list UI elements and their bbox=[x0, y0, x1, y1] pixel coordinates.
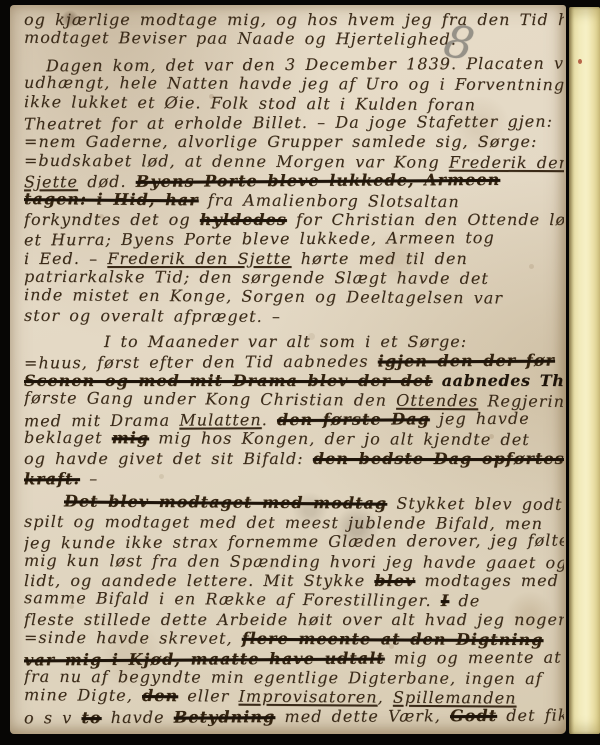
handwriting-text: første Gang under Kong Christian den bbox=[24, 389, 396, 411]
next-page-edge bbox=[569, 7, 600, 734]
manuscript-line: =sinde havde skrevet, flere meente at de… bbox=[24, 628, 564, 650]
strike-text: mig bbox=[112, 428, 149, 447]
handwriting-text: fleste stillede dette Arbeide høit over … bbox=[24, 610, 564, 629]
manuscript-line: et Hurra; Byens Porte bleve lukkede, Arm… bbox=[24, 228, 564, 250]
handwriting-text: jeg kunde ikke strax fornemme Glæden der… bbox=[24, 531, 564, 553]
handwriting-text: eller bbox=[178, 686, 238, 705]
handwriting-text: mine Digte, bbox=[24, 685, 142, 705]
handwriting-text: =sinde havde skrevet, bbox=[24, 628, 242, 648]
handwriting-text: havde bbox=[102, 707, 174, 726]
handwriting-text: Stykket blev godt bbox=[387, 494, 562, 514]
underline-text: Improvisatoren bbox=[238, 687, 377, 707]
handwriting-text bbox=[433, 371, 442, 390]
handwriting-text: Dagen kom, det var den 3 December 1839. … bbox=[46, 53, 564, 75]
insert-text: aabnedes Theat bbox=[442, 371, 564, 390]
handwriting-text: . bbox=[262, 410, 277, 429]
manuscript-line: var mig i Kjød, maatte have udtalt mig o… bbox=[24, 647, 564, 669]
manuscript-line: beklaget mig mig hos Kongen, der jo alt … bbox=[24, 428, 564, 450]
handwriting-text: det fik bbox=[497, 705, 564, 724]
handwriting-text: med dette Værk, bbox=[275, 706, 450, 726]
handwriting-text: I to Maaneder var alt som i et Sørge: bbox=[104, 332, 467, 351]
handwriting-text: stor og overalt afpræget. – bbox=[24, 306, 281, 326]
manuscript-line: fleste stillede dette Arbeide høit over … bbox=[24, 610, 564, 629]
strike-text: tagen: i Hid, har bbox=[24, 189, 199, 209]
handwriting-text: og havde givet det sit Bifald: bbox=[24, 449, 313, 468]
manuscript-lines: og kjærlige modtage mig, og hos hvem jeg… bbox=[24, 10, 564, 732]
handwriting-text: mig kun løst fra den Spænding hvori jeg … bbox=[24, 550, 564, 571]
handwriting-text: hørte med til den bbox=[292, 249, 468, 268]
strike-text: igjen den der før bbox=[378, 350, 555, 370]
handwriting-text: mig hos Kongen, der jo alt kjendte det bbox=[149, 429, 530, 450]
handwriting-text: de bbox=[449, 591, 480, 610]
handwriting-text: – bbox=[80, 469, 98, 488]
handwriting-text: modtaget Beviser paa Naade og Hjerteligh… bbox=[24, 28, 457, 49]
handwriting-text: jeg havde bbox=[430, 409, 530, 429]
manuscript-line: o s v to havde Betydning med dette Værk,… bbox=[24, 705, 564, 727]
manuscript-line: jeg kunde ikke strax fornemme Glæden der… bbox=[24, 531, 564, 553]
handwriting-text: =budskabet lød, at denne Morgen var Kong bbox=[24, 151, 449, 172]
handwriting-text: et Hurra; Byens Porte bleve lukkede, Arm… bbox=[24, 228, 495, 249]
strike-text: den bbox=[142, 686, 178, 705]
manuscript-line: forkyndtes det og hyldedes for Christian… bbox=[24, 210, 564, 229]
strike-text: Betydning bbox=[174, 707, 276, 727]
handwriting-text: =huus, først efter den Tid aabnedes bbox=[24, 351, 378, 372]
handwriting-text: spilt og modtaget med det meest jublende… bbox=[24, 512, 543, 533]
manuscript-line: mig kun løst fra den Spænding hvori jeg … bbox=[24, 550, 564, 572]
strike-text: kraft. bbox=[24, 469, 80, 488]
handwriting-text: mig og meente at bbox=[385, 647, 562, 667]
handwriting-text: samme Bifald i en Række af Forestillinge… bbox=[24, 588, 441, 610]
handwriting-text: o s v bbox=[24, 708, 82, 727]
strike-text: Det blev modtaget med modtag bbox=[64, 492, 387, 513]
strike-text: flere meente at den Digtning bbox=[242, 629, 544, 649]
manuscript-line: i Eed. – Frederik den Sjette hørte med t… bbox=[24, 249, 564, 268]
strike-text: to bbox=[81, 708, 101, 727]
underline-text: Frederik den Sjette bbox=[107, 249, 291, 268]
handwriting-text: for Christian den Ottende lød bbox=[287, 210, 564, 229]
underline-text: Spillemanden bbox=[393, 688, 517, 708]
manuscript-line: tagen: i Hid, har fra Amalienborg Slotsa… bbox=[24, 189, 564, 212]
strike-text: blev bbox=[374, 571, 415, 590]
handwriting-text: modtages med bbox=[415, 571, 559, 590]
manuscript-line: samme Bifald i en Række af Forestillinge… bbox=[24, 588, 564, 611]
manuscript-line: Scenen og med mit Drama blev der det aab… bbox=[24, 371, 564, 390]
manuscript-line: stor og overalt afpræget. – bbox=[24, 306, 564, 328]
handwriting-text: død. bbox=[78, 172, 136, 191]
manuscript-line: Sjette død. Byens Porte bleve lukkede, A… bbox=[24, 170, 564, 192]
red-speck bbox=[578, 59, 582, 64]
strike-text: var mig i Kjød, maatte have udtalt bbox=[24, 648, 385, 669]
handwriting-text: =nem Gaderne, alvorlige Grupper samlede … bbox=[24, 132, 537, 151]
strike-text: den bedste Dag opførtes bbox=[313, 449, 564, 468]
manuscript-line: =huus, først efter den Tid aabnedes igje… bbox=[24, 350, 564, 372]
handwriting-text: Theatret for at erholde Billet. – Da jog… bbox=[24, 112, 553, 134]
handwriting-text: udhængt, hele Natten havde jeg af Uro og… bbox=[24, 73, 564, 94]
handwriting-text: lidt, og aandede lettere. Mit Stykke bbox=[24, 571, 374, 590]
strike-text: Scenen og med mit Drama blev der det bbox=[24, 371, 433, 390]
manuscript-line: Theatret for at erholde Billet. – Da jog… bbox=[24, 112, 564, 134]
manuscript-line: I to Maaneder var alt som i et Sørge: bbox=[24, 332, 564, 351]
manuscript-line: kraft. – bbox=[24, 467, 564, 489]
manuscript-line: og havde givet det sit Bifald: den bedst… bbox=[24, 449, 564, 468]
underline-text: Mulatten bbox=[179, 410, 261, 429]
manuscript-page: og kjærlige modtage mig, og hos hvem jeg… bbox=[10, 5, 566, 734]
scan-background: { "page_number": "8", "colors": { "backg… bbox=[0, 0, 600, 745]
strike-text: Godt bbox=[450, 706, 497, 725]
handwriting-text: i Eed. – bbox=[24, 249, 107, 268]
handwriting-text: fra Amalienborg Slotsaltan bbox=[199, 190, 460, 211]
handwriting-text: forkyndtes det og bbox=[24, 210, 200, 229]
handwriting-text: beklaget bbox=[24, 428, 112, 447]
manuscript-line: Det blev modtaget med modtag Stykket ble… bbox=[24, 491, 564, 514]
underline-text: Ottendes bbox=[396, 391, 478, 411]
strike-text: hyldedes bbox=[200, 210, 287, 229]
handwriting-text: ikke lukket et Øie. Folk stod alt i Kuld… bbox=[24, 92, 476, 114]
handwriting-text: , bbox=[378, 688, 393, 707]
strike-text: den første Dag bbox=[277, 409, 430, 429]
manuscript-line: udhængt, hele Natten havde jeg af Uro og… bbox=[24, 73, 564, 95]
strike-text: Byens Porte bleve lukkede, Armeen bbox=[136, 170, 501, 191]
manuscript-line: =nem Gaderne, alvorlige Grupper samlede … bbox=[24, 132, 564, 151]
handwriting-text: inde mistet en Konge, Sorgen og Deeltage… bbox=[24, 286, 503, 308]
manuscript-line: lidt, og aandede lettere. Mit Stykke ble… bbox=[24, 571, 564, 590]
